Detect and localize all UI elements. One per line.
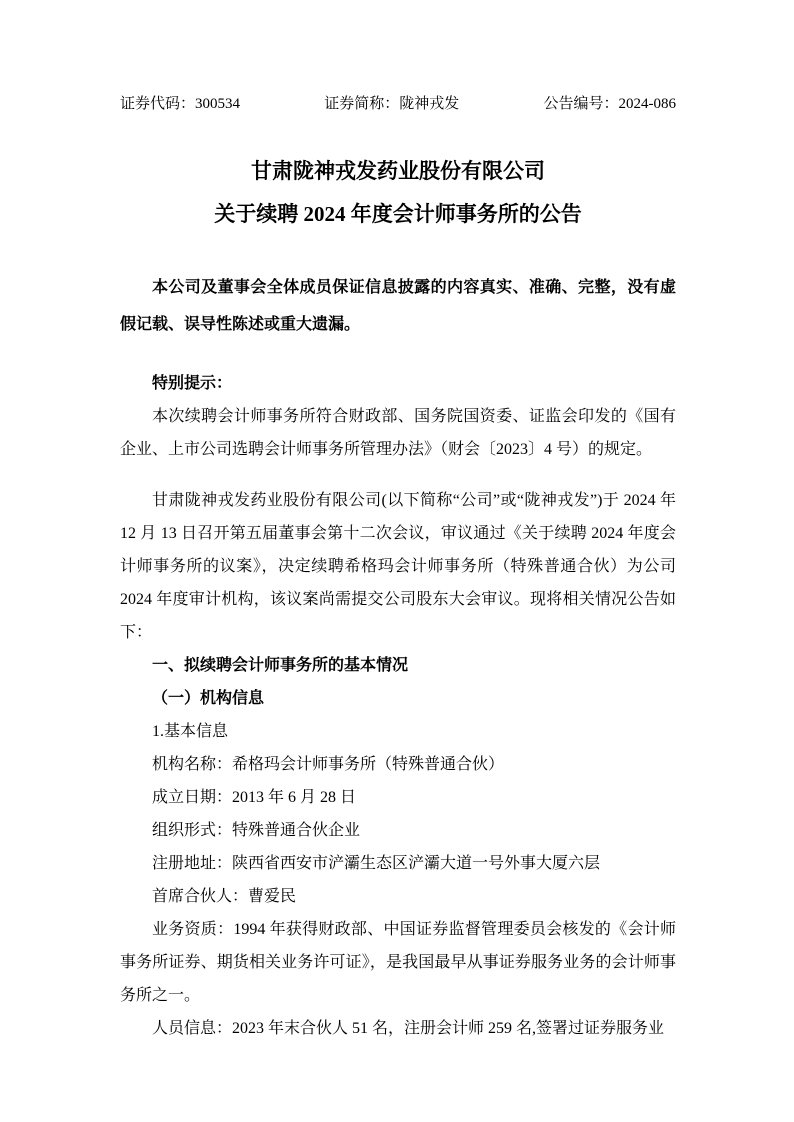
special-note-body: 本次续聘会计师事务所符合财政部、国务院国资委、证监会印发的《国有企业、上市公司选… [120, 400, 676, 466]
personnel-paragraph: 人员信息：2023 年末合伙人 51 名，注册会计师 259 名,签署过证券服务… [120, 1012, 676, 1045]
field-registered-address: 注册地址：陕西省西安市浐灞生态区浐灞大道一号外事大厦六层 [120, 847, 676, 880]
qualification-paragraph: 业务资质：1994 年获得财政部、中国证券监督管理委员会核发的《会计师事务所证券… [120, 913, 676, 1012]
stock-code: 证券代码：300534 [120, 94, 240, 114]
field-founding-date: 成立日期：2013 年 6 月 28 日 [120, 781, 676, 814]
stock-name: 证券简称：陇神戎发 [324, 94, 459, 114]
announcement-number: 公告编号：2024-086 [544, 94, 677, 114]
doc-header: 证券代码：300534 证券简称：陇神戎发 公告编号：2024-086 [120, 94, 676, 114]
intro-paragraph: 甘肃陇神戎发药业股份有限公司(以下简称“公司”或“陇神戎发”)于 2024 年 … [120, 484, 676, 649]
field-org-form: 组织形式：特殊普通合伙企业 [120, 814, 676, 847]
company-name-title: 甘肃陇神戎发药业股份有限公司 [120, 156, 676, 186]
announcement-title: 关于续聘 2024 年度会计师事务所的公告 [120, 199, 676, 229]
subsection-1-1-heading: （一）机构信息 [120, 682, 676, 715]
basic-info-heading: 1.基本信息 [120, 715, 676, 748]
section-1-heading: 一、拟续聘会计师事务所的基本情况 [120, 649, 676, 682]
title-block: 甘肃陇神戎发药业股份有限公司 关于续聘 2024 年度会计师事务所的公告 [120, 156, 676, 229]
announcement-page: 证券代码：300534 证券简称：陇神戎发 公告编号：2024-086 甘肃陇神… [0, 0, 794, 1122]
board-statement: 本公司及董事会全体成员保证信息披露的内容真实、准确、完整，没有虚假记载、误导性陈… [120, 269, 676, 343]
field-org-name: 机构名称：希格玛会计师事务所（特殊普通合伙） [120, 748, 676, 781]
special-note-heading: 特别提示： [120, 367, 676, 400]
field-chief-partner: 首席合伙人：曹爱民 [120, 880, 676, 913]
